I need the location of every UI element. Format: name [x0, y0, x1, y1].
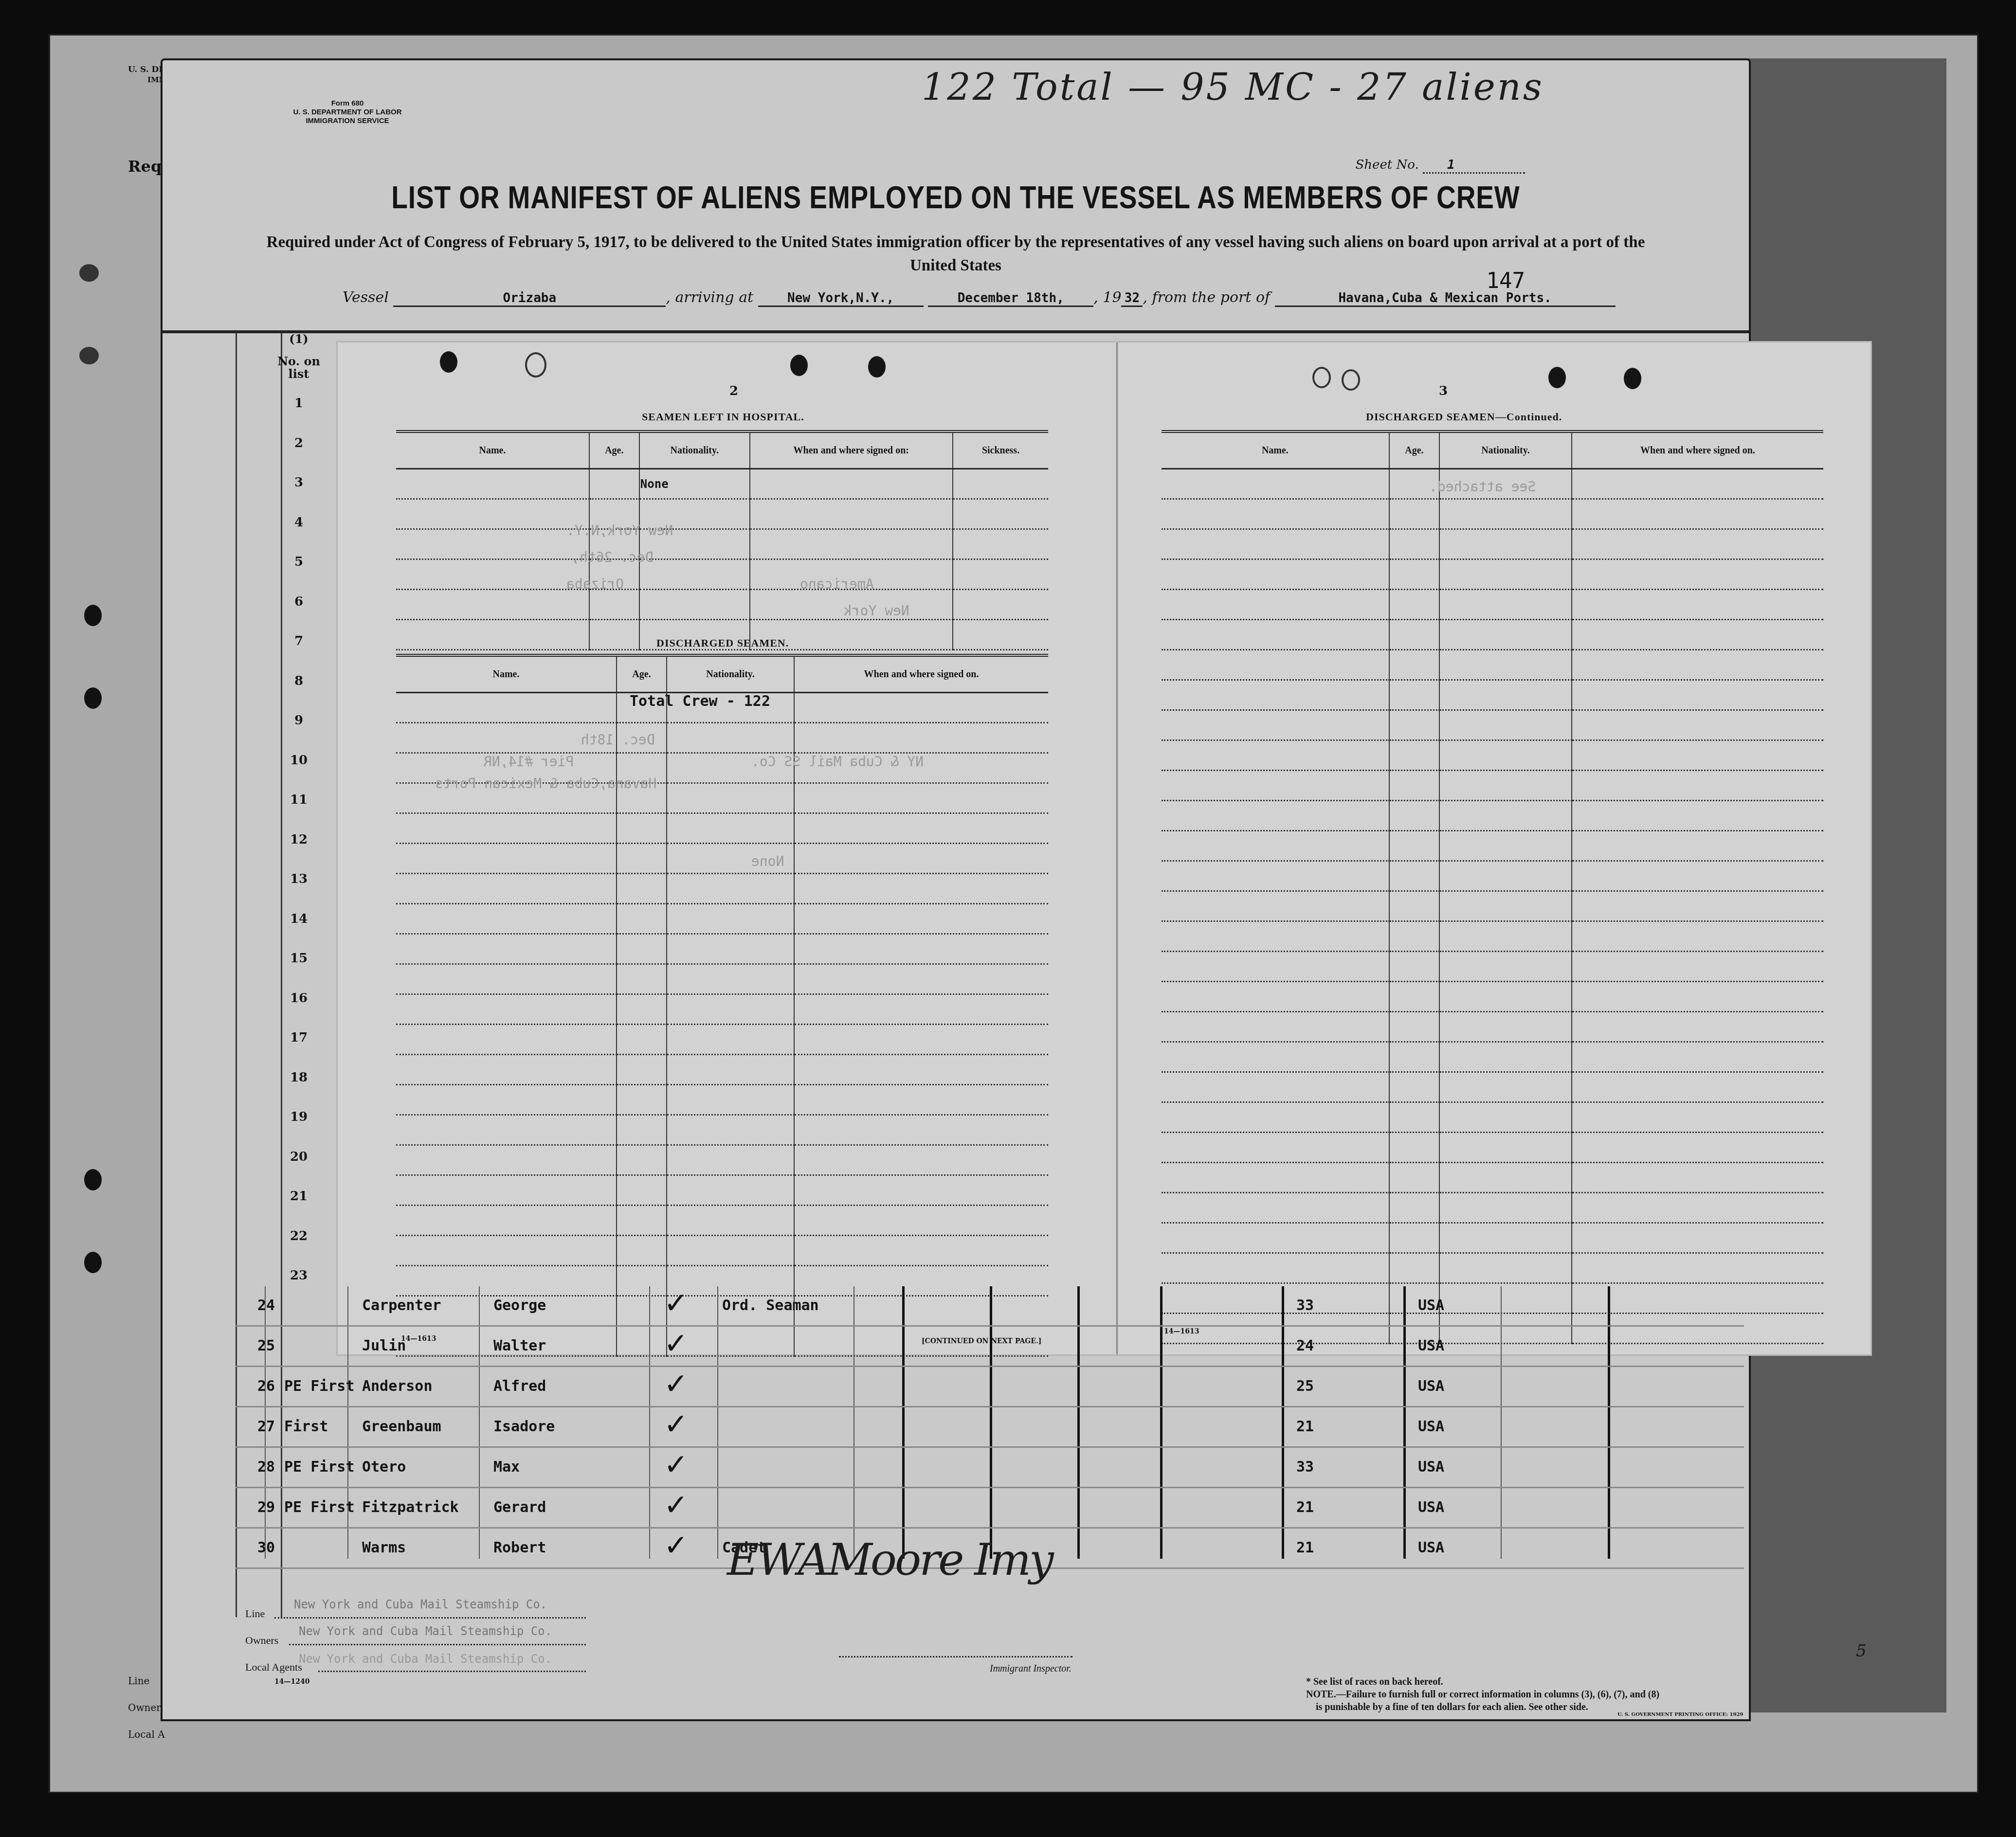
table-row [1162, 710, 1823, 740]
col-nationality: Nationality. [639, 432, 750, 469]
crew-class: PE First [284, 1499, 355, 1516]
crew-age: 33 [1296, 1297, 1314, 1314]
table-row [1162, 499, 1823, 529]
row-number: 11 [282, 792, 316, 807]
table-row [396, 813, 1048, 844]
table-row [1162, 891, 1823, 921]
table-row [1162, 650, 1823, 680]
manifest-sheet: Form 680 U. S. DEPARTMENT OF LABOR IMMIG… [161, 58, 1751, 1721]
crew-row: 25JulinWalter✓24USA [236, 1327, 1744, 1367]
bleed-through-text: None [751, 853, 784, 869]
row-number: 10 [282, 753, 316, 768]
table-row [396, 904, 1048, 934]
crew-given: George [493, 1297, 546, 1314]
crew-age: 21 [1296, 1499, 1314, 1516]
punch-hole [79, 347, 99, 364]
agents-label: Local Agents [245, 1661, 302, 1674]
crew-age: 24 [1296, 1337, 1314, 1354]
row-number: 9 [282, 713, 316, 728]
crew-no: 28 [257, 1459, 275, 1476]
table-row [1162, 921, 1823, 952]
crew-surname: Otero [362, 1459, 406, 1476]
punch-hole [84, 605, 102, 626]
punch-hole [79, 264, 99, 282]
crew-no: 30 [257, 1539, 275, 1556]
col1-number: (1) [274, 333, 323, 345]
row-number: 14 [282, 912, 316, 926]
from-label: , from the port of [1143, 289, 1270, 306]
checkmark-icon: ✓ [664, 1327, 688, 1361]
crew-given: Alfred [493, 1378, 546, 1395]
crew-nationality: USA [1418, 1418, 1444, 1435]
table-row [396, 590, 1048, 620]
col-age: Age. [1389, 432, 1439, 469]
bleed-through-text: New York,N.Y. [566, 522, 673, 539]
row-number: 20 [282, 1150, 316, 1164]
crew-surname: Warms [362, 1539, 406, 1556]
punch-hole [525, 352, 546, 378]
races-note-text: * See list of races on back hereof. [1306, 1675, 1659, 1688]
crew-no: 29 [257, 1499, 275, 1516]
row-number: 19 [282, 1110, 316, 1124]
hospital-table: Name. Age. Nationality. When and where s… [396, 430, 1048, 650]
table-row [1162, 559, 1823, 590]
col-signed-on: When and where signed on. [1572, 432, 1823, 469]
table-row [396, 1055, 1048, 1085]
sheet-number: Sheet No. 1 [1355, 158, 1525, 174]
crew-nationality: USA [1418, 1539, 1444, 1556]
table-row [1162, 982, 1823, 1012]
table-row [396, 723, 1048, 753]
crew-row: 24CarpenterGeorge✓Ord. Seaman33USA [236, 1286, 1744, 1327]
col1-label: No. on list [274, 355, 323, 380]
crew-given: Walter [493, 1337, 546, 1354]
sheet-number-label: Sheet No. [1355, 158, 1418, 172]
col-name: Name. [1162, 432, 1389, 469]
punch-hole [1624, 368, 1641, 389]
checkmark-icon: ✓ [664, 1367, 688, 1401]
vessel-label: Vessel [343, 289, 389, 306]
punch-hole [1548, 367, 1566, 388]
checkmark-icon: ✓ [664, 1529, 688, 1563]
crew-nationality: USA [1418, 1378, 1444, 1395]
table-row [1162, 1012, 1823, 1042]
page-number: 3 [1439, 384, 1448, 398]
row-number: 8 [282, 674, 316, 688]
form-number: Form 680 [279, 99, 416, 108]
hospital-section-title: SEAMEN LEFT IN HOSPITAL. [642, 411, 804, 423]
statement-overlay: 2 SEAMEN LEFT IN HOSPITAL. Name. Age. Na… [338, 342, 1871, 1354]
row-number: 13 [282, 872, 316, 886]
line-label: Line [245, 1607, 265, 1620]
col-sickness: Sickness. [953, 432, 1048, 469]
crew-age: 21 [1296, 1539, 1314, 1556]
table-row [1162, 590, 1823, 620]
table-row [396, 559, 1048, 590]
margin-mark: 5 [1856, 1641, 1867, 1661]
crew-table: 24CarpenterGeorge✓Ord. Seaman33USA25Juli… [236, 1286, 1744, 1569]
col-signed-on: When and where signed on: [750, 432, 953, 469]
crew-row: 26PE FirstAndersonAlfred✓25USA [236, 1367, 1744, 1407]
crew-no: 24 [257, 1297, 275, 1314]
stub-local-agents: Local A [128, 1729, 165, 1740]
agents-value: New York and Cuba Mail Steamship Co. [299, 1652, 552, 1666]
crew-no: 25 [257, 1337, 275, 1354]
table-row [1162, 1193, 1823, 1223]
punch-hole [790, 355, 808, 376]
agents-form-code: 14—1240 [274, 1678, 309, 1686]
table-row [396, 1175, 1048, 1206]
sheet-number-value: 1 [1423, 158, 1525, 174]
table-row [1162, 801, 1823, 831]
line-value: New York and Cuba Mail Steamship Co. [294, 1598, 547, 1611]
punch-hole [1342, 369, 1360, 391]
table-row [396, 499, 1048, 529]
crew-nationality: USA [1418, 1337, 1444, 1354]
crew-class: First [284, 1418, 328, 1435]
crew-row: 28PE FirstOteroMax✓33USA [236, 1448, 1744, 1488]
col1-header: (1) No. on list [274, 333, 323, 380]
agents-field [318, 1671, 586, 1672]
stub-line: Line [128, 1675, 149, 1687]
table-row [1162, 620, 1823, 650]
row-number: 22 [282, 1229, 316, 1243]
bleed-through-text: Pier #14,NR [484, 754, 574, 770]
bleed-through-text: New York [844, 603, 909, 619]
bleed-through-text: Americano [800, 576, 874, 592]
discharged-continued-title: DISCHARGED SEAMEN—Continued. [1366, 411, 1562, 423]
races-note: * See list of races on back hereof. NOTE… [1306, 1675, 1659, 1713]
crew-given: Gerard [493, 1499, 546, 1516]
row-number: 12 [282, 832, 316, 847]
page-title: LIST OR MANIFEST OF ALIENS EMPLOYED ON T… [273, 180, 1638, 216]
arrival-port: New York,N.Y., [758, 291, 924, 307]
bleed-through-text: Orizaba [566, 576, 624, 592]
col-nationality: Nationality. [1439, 432, 1572, 469]
crew-age: 21 [1296, 1418, 1314, 1435]
crew-given: Robert [493, 1539, 546, 1556]
bleed-through-text: See attached. [1429, 479, 1536, 495]
table-row [396, 874, 1048, 904]
row-number: 5 [282, 555, 316, 569]
checkmark-icon: ✓ [664, 1286, 688, 1320]
checkmark-icon: ✓ [664, 1488, 688, 1522]
table-row [396, 964, 1048, 994]
crew-nationality: USA [1418, 1297, 1444, 1314]
crew-given: Isadore [493, 1418, 555, 1435]
table-row [396, 1085, 1048, 1115]
table-row [1162, 1253, 1823, 1283]
table-row [1162, 1223, 1823, 1253]
table-row [1162, 1072, 1823, 1102]
punch-hole [1312, 367, 1331, 388]
row-number: 16 [282, 991, 316, 1006]
year-prefix: , 19 [1093, 289, 1121, 306]
crew-position: Ord. Seaman [722, 1297, 819, 1314]
stub-dept: U. S. DE [128, 65, 165, 74]
col-name: Name. [396, 432, 589, 469]
arriving-label: , arriving at [666, 289, 753, 306]
table-row [396, 1115, 1048, 1145]
table-row [396, 844, 1048, 874]
row-number: 17 [282, 1030, 316, 1045]
form-identifier: Form 680 U. S. DEPARTMENT OF LABOR IMMIG… [279, 99, 416, 126]
row-number: 1 [282, 396, 316, 411]
bleed-through-text: Havana,Cuba & Mexican Ports [435, 775, 656, 792]
owners-label: Owners [245, 1634, 278, 1647]
table-row [1162, 529, 1823, 559]
table-row [396, 1145, 1048, 1175]
row-number: 23 [282, 1268, 316, 1283]
table-row [1162, 1102, 1823, 1133]
row-number: 7 [282, 634, 316, 648]
row-number: 6 [282, 594, 316, 609]
crew-no: 26 [257, 1378, 275, 1395]
column-header-rule [163, 330, 1749, 333]
col-name: Name. [396, 655, 617, 693]
table-row [1162, 952, 1823, 982]
table-row [1162, 740, 1823, 771]
note-line-2: is punishable by a fine of ten dollars f… [1306, 1701, 1659, 1713]
crew-given: Max [493, 1459, 520, 1476]
row-number: 3 [282, 475, 316, 490]
punch-hole [440, 351, 457, 373]
punch-hole [84, 1252, 102, 1273]
voyage-line: Vessel Orizaba, arriving at New York,N.Y… [343, 289, 1616, 307]
note-line-1: NOTE.—Failure to furnish full or correct… [1306, 1688, 1659, 1701]
table-row [1162, 680, 1823, 710]
crew-row: 27FirstGreenbaumIsadore✓21USA [236, 1407, 1744, 1448]
checkmark-icon: ✓ [664, 1448, 688, 1482]
inspector-field [839, 1656, 1072, 1657]
bleed-through-text: Dec. 26th, [571, 549, 654, 565]
table-row [1162, 1133, 1823, 1163]
printing-office: U. S. GOVERNMENT PRINTING OFFICE: 1929 [1617, 1712, 1743, 1717]
row-number: 15 [282, 951, 316, 966]
row-number: 4 [282, 515, 316, 530]
col-age: Age. [589, 432, 639, 469]
discharged-section-title: DISCHARGED SEAMEN. [656, 637, 789, 649]
hospital-entry: None [639, 469, 750, 499]
crew-nationality: USA [1418, 1499, 1444, 1516]
table-row [396, 1206, 1048, 1236]
arrival-date: December 18th, [928, 291, 1093, 307]
col-signed-on: When and where signed on. [794, 655, 1048, 693]
owners-field [289, 1644, 586, 1645]
row-number: 21 [282, 1189, 316, 1204]
crew-surname: Julin [362, 1337, 406, 1354]
table-row [396, 1025, 1048, 1055]
vessel-name: Orizaba [393, 291, 666, 307]
departure-port: Havana,Cuba & Mexican Ports. [1275, 291, 1616, 307]
crew-surname: Fitzpatrick [362, 1499, 459, 1516]
page-subtitle: Required under Act of Congress of Februa… [250, 231, 1661, 277]
punch-hole [84, 1169, 102, 1190]
crew-surname: Anderson [362, 1378, 433, 1395]
table-row [1162, 1042, 1823, 1072]
col-age: Age. [617, 655, 667, 693]
table-row [396, 1236, 1048, 1266]
table-row [1162, 771, 1823, 801]
punch-hole [84, 687, 102, 709]
crew-surname: Carpenter [362, 1297, 441, 1314]
line-field [274, 1617, 586, 1619]
page-number: 2 [729, 384, 738, 398]
crew-age: 25 [1296, 1378, 1314, 1395]
department-name: U. S. DEPARTMENT OF LABOR [279, 108, 416, 117]
bleed-through-text: NY & Cuba Mail SS Co. [751, 754, 924, 770]
table-row [1162, 831, 1823, 861]
master-signature: EWAMoore Imy [727, 1534, 1052, 1585]
crew-surname: Greenbaum [362, 1418, 441, 1435]
statement-page-right: 3 DISCHARGED SEAMEN—Continued. Name. Age… [1116, 342, 1872, 1354]
crew-row: 29PE FirstFitzpatrickGerard✓21USA [236, 1488, 1744, 1529]
table-row [1162, 1163, 1823, 1193]
statement-page-left: 2 SEAMEN LEFT IN HOSPITAL. Name. Age. Na… [338, 342, 1116, 1354]
crew-class: PE First [284, 1459, 355, 1476]
row-number: 18 [282, 1070, 316, 1085]
bleed-through-text: Dec. 18th [581, 732, 655, 748]
handwritten-tally: 122 Total — 95 MC - 27 aliens [922, 65, 1544, 108]
discharged-continued-table: Name. Age. Nationality. When and where s… [1162, 430, 1823, 1344]
table-row: None [396, 469, 1048, 499]
crew-no: 27 [257, 1418, 275, 1435]
arrival-year: 32 [1121, 291, 1143, 307]
col-nationality: Nationality. [667, 655, 794, 693]
crew-age: 33 [1296, 1459, 1314, 1476]
inspector-label: Immigrant Inspector. [990, 1663, 1072, 1675]
table-row [396, 994, 1048, 1025]
owners-value: New York and Cuba Mail Steamship Co. [299, 1624, 552, 1638]
punch-hole [868, 356, 886, 378]
table-row [1162, 861, 1823, 891]
table-row [396, 529, 1048, 559]
checkmark-icon: ✓ [664, 1407, 688, 1441]
table-row [396, 934, 1048, 964]
row-number: 2 [282, 436, 316, 450]
total-crew-stamp: Total Crew - 122 [630, 693, 770, 710]
crew-class: PE First [284, 1378, 355, 1395]
crew-nationality: USA [1418, 1459, 1444, 1476]
service-name: IMMIGRATION SERVICE [279, 117, 416, 126]
